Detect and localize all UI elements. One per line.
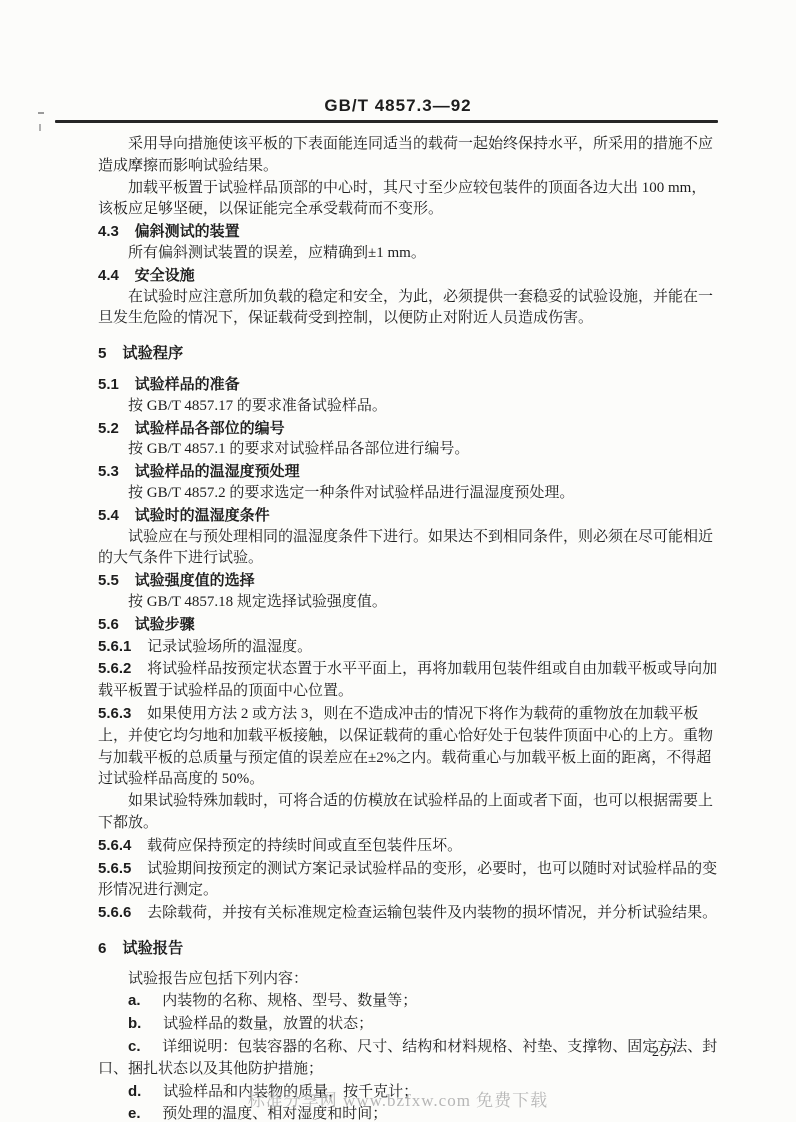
numbered-step-5-6-2: 5.6.2将试验样品按预定状态置于水平平面上，再将加载用包装件组或自由加载平板或… [98,658,720,703]
chapter-heading-5: 5试验程序 [98,343,720,365]
list-item-text: 内装物的名称、规格、型号、数量等； [162,993,417,1009]
clause-title: 试验时的温湿度条件 [135,507,270,524]
clause-number: 5.3 [98,463,135,480]
list-letter: b. [128,1015,163,1032]
step-number: 5.6.2 [98,660,147,677]
step-text: 去除载荷，并按有关标准规定检查运输包装件及内装物的损坏情况，并分析试验结果。 [147,905,717,921]
paragraph-text: 按 GB/T 4857.18 规定选择试验强度值。 [128,594,387,610]
list-letter: c. [128,1038,162,1055]
step-text: 如果使用方法 2 或方法 3，则在不造成冲击的情况下将作为载荷的重物放在加载平板… [98,706,713,787]
numbered-step-5-6-1: 5.6.1记录试验场所的温湿度。 [98,636,720,659]
body-paragraph: 试验报告应包括下列内容： [98,969,720,991]
chapter-number: 5 [98,345,122,362]
page-number: 257 [652,1045,676,1061]
clause-title: 试验样品的温湿度预处理 [135,463,300,480]
standard-code-header: GB/T 4857.3—92 [0,96,796,116]
numbered-step-5-6-5: 5.6.5试验期间按预定的测试方案记录试验样品的变形，必要时，也可以随时对试验样… [98,858,720,903]
paragraph-text: 所有偏斜测试装置的误差，应精确到±1 mm。 [128,245,426,261]
step-text: 试验期间按预定的测试方案记录试验样品的变形，必要时，也可以随时对试验样品的变形情… [98,861,717,899]
body-paragraph: 如果试验特殊加载时，可将合适的仿模放在试验样品的上面或者下面，也可以根据需要上下… [98,791,720,835]
clause-heading-5-5: 5.5试验强度值的选择 [98,570,720,592]
paragraph-text: 在试验时应注意所加负载的稳定和安全，为此，必须提供一套稳妥的试验设施，并能在一旦… [98,289,713,327]
step-number: 5.6.1 [98,638,147,655]
paragraph-text: 加载平板置于试验样品顶部的中心时，其尺寸至少应较包装件的顶面各边大出 100 m… [98,180,706,218]
chapter-heading-6: 6试验报告 [98,938,720,960]
clause-heading-5-1: 5.1试验样品的准备 [98,374,720,396]
step-text: 载荷应保持预定的持续时间或直至包装件压坏。 [147,838,462,854]
paragraph-text: 试验报告应包括下列内容： [128,971,308,987]
document-page: GB/T 4857.3—92 采用导向措施使该平板的下表面能连同适当的载荷一起始… [0,0,796,1122]
clause-title: 偏斜测试的装置 [135,223,240,240]
body-paragraph: 按 GB/T 4857.17 的要求准备试验样品。 [98,396,720,418]
clause-number: 5.1 [98,376,135,393]
clause-heading-5-6: 5.6试验步骤 [98,614,720,636]
clause-title: 试验步骤 [135,616,195,633]
body-paragraph: 试验应在与预处理相同的温湿度条件下进行。如果达不到相同条件，则必须在尽可能相近的… [98,527,720,571]
step-number: 5.6.4 [98,837,147,854]
paragraph-text: 试验应在与预处理相同的温湿度条件下进行。如果达不到相同条件，则必须在尽可能相近的… [98,529,713,567]
clause-number: 5.6 [98,616,135,633]
body-paragraph: 按 GB/T 4857.18 规定选择试验强度值。 [98,592,720,614]
clause-number: 5.4 [98,507,135,524]
clause-title: 试验强度值的选择 [135,572,255,589]
report-list-item-b: b.试验样品的数量，放置的状态； [98,1013,720,1036]
report-list-item-c: c.详细说明：包装容器的名称、尺寸、结构和材料规格、衬垫、支撑物、固定方法、封口… [98,1036,720,1081]
body-paragraph: 在试验时应注意所加负载的稳定和安全，为此，必须提供一套稳妥的试验设施，并能在一旦… [98,287,720,331]
clause-title: 试验样品的准备 [135,376,240,393]
paragraph-text: 按 GB/T 4857.1 的要求对试验样品各部位进行编号。 [128,441,469,457]
clause-heading-5-4: 5.4试验时的温湿度条件 [98,505,720,527]
clause-number: 5.2 [98,420,135,437]
paragraph-text: 采用导向措施使该平板的下表面能连同适当的载荷一起始终保持水平，所采用的措施不应造… [98,136,713,174]
clause-heading-4-3: 4.3偏斜测试的装置 [98,221,720,243]
chapter-title: 试验报告 [122,940,183,957]
clause-heading-4-4: 4.4安全设施 [98,265,720,287]
step-number: 5.6.6 [98,904,147,921]
step-number: 5.6.3 [98,705,147,722]
paragraph-text: 按 GB/T 4857.2 的要求选定一种条件对试验样品进行温湿度预处理。 [128,485,574,501]
body-paragraph: 所有偏斜测试装置的误差，应精确到±1 mm。 [98,243,720,265]
step-text: 记录试验场所的温湿度。 [147,639,312,655]
list-item-text: 试验样品的数量，放置的状态； [163,1016,373,1032]
chapter-number: 6 [98,940,122,957]
clause-number: 4.3 [98,223,135,240]
body-paragraph: 按 GB/T 4857.2 的要求选定一种条件对试验样品进行温湿度预处理。 [98,483,720,505]
list-item-text: 详细说明：包装容器的名称、尺寸、结构和材料规格、衬垫、支撑物、固定方法、封口、捆… [98,1039,717,1077]
header-rule [55,120,718,123]
clause-number: 4.4 [98,267,135,284]
list-letter: a. [128,992,162,1009]
step-number: 5.6.5 [98,860,147,877]
scan-artifact [39,124,41,131]
numbered-step-5-6-6: 5.6.6去除载荷，并按有关标准规定检查运输包装件及内装物的损坏情况，并分析试验… [98,902,720,925]
paragraph-text: 如果试验特殊加载时，可将合适的仿模放在试验样品的上面或者下面，也可以根据需要上下… [98,793,713,831]
watermark-text: 标准分享网 www.bzfxw.com 免费下载 [0,1086,796,1111]
document-body: 采用导向措施使该平板的下表面能连同适当的载荷一起始终保持水平，所采用的措施不应造… [98,134,720,1122]
body-paragraph: 按 GB/T 4857.1 的要求对试验样品各部位进行编号。 [98,439,720,461]
body-paragraph: 采用导向措施使该平板的下表面能连同适当的载荷一起始终保持水平，所采用的措施不应造… [98,134,720,178]
clause-number: 5.5 [98,572,135,589]
clause-heading-5-3: 5.3试验样品的温湿度预处理 [98,461,720,483]
clause-heading-5-2: 5.2试验样品各部位的编号 [98,418,720,440]
body-paragraph: 加载平板置于试验样品顶部的中心时，其尺寸至少应较包装件的顶面各边大出 100 m… [98,178,720,222]
report-list-item-a: a.内装物的名称、规格、型号、数量等； [98,990,720,1013]
chapter-title: 试验程序 [122,345,183,362]
numbered-step-5-6-4: 5.6.4载荷应保持预定的持续时间或直至包装件压坏。 [98,835,720,858]
step-text: 将试验样品按预定状态置于水平平面上，再将加载用包装件组或自由加载平板或导向加载平… [98,661,717,699]
paragraph-text: 按 GB/T 4857.17 的要求准备试验样品。 [128,398,387,414]
numbered-step-5-6-3: 5.6.3如果使用方法 2 或方法 3，则在不造成冲击的情况下将作为载荷的重物放… [98,703,720,791]
clause-title: 试验样品各部位的编号 [135,420,285,437]
clause-title: 安全设施 [135,267,195,284]
